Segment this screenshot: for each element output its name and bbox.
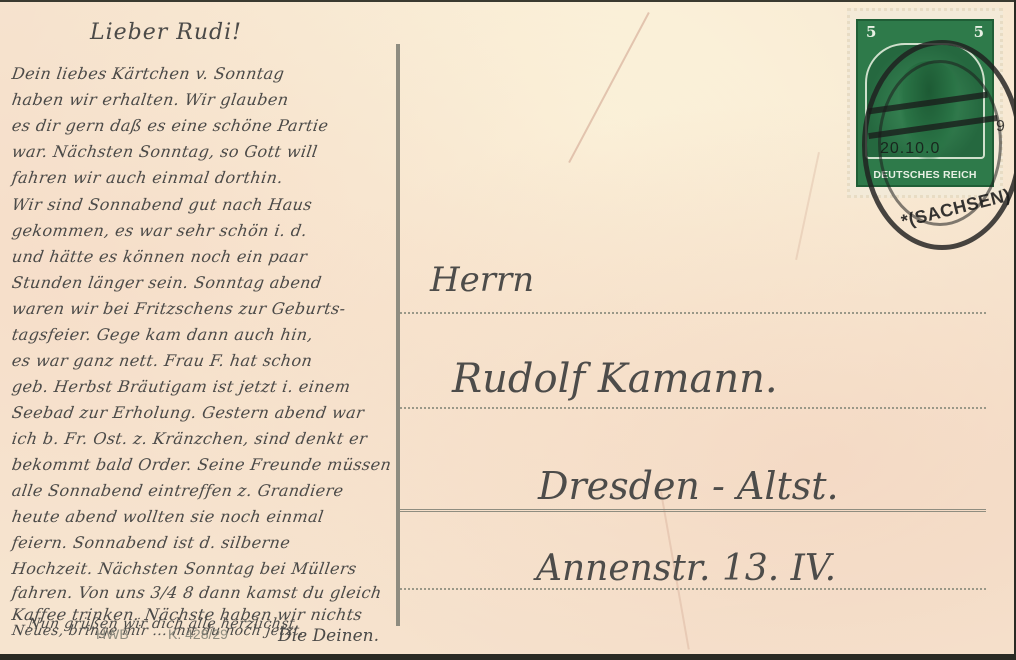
- recipient-name: Rudolf Kamann.: [452, 356, 778, 402]
- message-line: es dir gern daß es eine schöne Partie: [11, 116, 330, 135]
- message-line: tagsfeier. Gege kam dann auch hin,: [11, 325, 315, 344]
- postmark-date: 20.10.0: [880, 140, 940, 158]
- paper-crease: [568, 12, 650, 163]
- message-line: Seebad zur Erholung. Gestern abend war: [11, 403, 366, 422]
- scan-edge: [0, 654, 1016, 660]
- message-greeting: Lieber Rudi!: [90, 20, 242, 45]
- address-city: Dresden - Altst.: [538, 464, 839, 508]
- message-line: bekommt bald Order. Seine Freunde müssen: [11, 455, 393, 474]
- message-signature: Die Deinen.: [278, 626, 379, 646]
- message-line: feiern. Sonnabend ist d. silberne: [11, 533, 292, 552]
- message-line: haben wir erhalten. Wir glauben: [11, 90, 290, 109]
- stamp-value-right: 5: [974, 23, 984, 41]
- message-line: heute abend wollten sie noch einmal: [11, 507, 325, 526]
- message-line: alle Sonnabend eintreffen z. Grandiere: [11, 481, 345, 500]
- publisher-mark: HWB: [96, 626, 129, 642]
- message-line: Stunden länger sein. Sonntag abend: [11, 273, 323, 292]
- message-line: fahren wir auch einmal dorthin.: [11, 168, 285, 187]
- message-line: und hätte es können noch ein paar: [11, 247, 309, 266]
- paper-crease: [795, 152, 820, 260]
- message-line: es war ganz nett. Frau F. hat schon: [11, 351, 314, 370]
- message-line: gekommen, es war sehr schön i. d.: [11, 221, 309, 240]
- message-line: waren wir bei Fritzschens zur Geburts-: [11, 299, 347, 318]
- message-line: war. Nächsten Sonntag, so Gott will: [11, 142, 319, 161]
- address-street: Annenstr. 13. IV.: [536, 548, 836, 589]
- message-line: Wir sind Sonnabend gut nach Haus: [11, 195, 314, 214]
- message-line: Nun grüßen wir dich alle herzlichst.: [27, 616, 301, 632]
- serial-number: K. 428/29: [168, 626, 228, 642]
- message-line: Dein liebes Kärtchen v. Sonntag: [11, 64, 286, 83]
- message-line: Hochzeit. Nächsten Sonntag bei Müllers: [11, 559, 358, 578]
- address-line-2: [400, 407, 986, 412]
- vertical-divider: [396, 44, 400, 626]
- address-line-3: [400, 509, 986, 515]
- postcard: Lieber Rudi! Dein liebes Kärtchen v. Son…: [0, 0, 1014, 654]
- address-salutation: Herrn: [430, 260, 534, 300]
- stamp-value-left: 5: [866, 23, 876, 41]
- postmark-hour: 9: [996, 118, 1006, 136]
- message-line: ich b. Fr. Ost. z. Kränzchen, sind denkt…: [11, 429, 369, 448]
- address-line-1: [400, 312, 986, 317]
- message-line: geb. Herbst Bräutigam ist jetzt i. einem: [11, 377, 352, 396]
- message-line: fahren. Von uns 3/4 8 dann kamst du glei…: [11, 583, 383, 602]
